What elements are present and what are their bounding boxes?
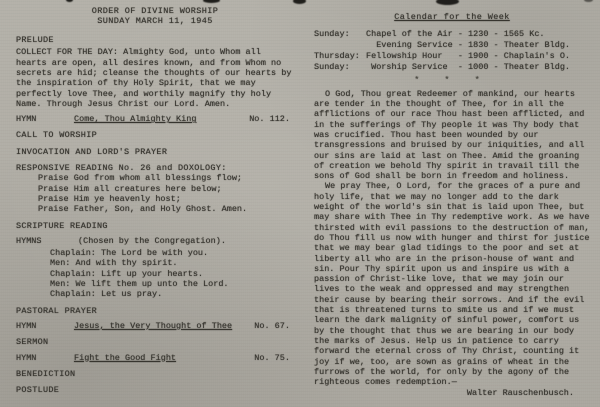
service-line: Men: We lift them up unto the Lord. xyxy=(16,279,294,289)
prayer-paragraph: O God, Thou great Redeemer of mankind, o… xyxy=(314,89,590,182)
calendar-event: Chapel of the Air - 1230 - 1565 Kc. xyxy=(366,29,545,40)
ink-mark xyxy=(203,0,220,3)
hymn-title: Jesus, the Very Thought of Thee xyxy=(74,321,232,331)
calendar-table: Sunday:Chapel of the Air - 1230 - 1565 K… xyxy=(314,29,590,72)
hymn-number: No. 75. xyxy=(254,353,294,363)
service-heading: SERMON xyxy=(16,337,294,347)
document-page: ORDER OF DIVINE WORSHIP SUNDAY MARCH 11,… xyxy=(0,0,600,407)
prayer-text: O God, Thou great Redeemer of mankind, o… xyxy=(314,89,590,388)
service-line: Chaplain: Let us pray. xyxy=(16,289,294,299)
calendar-event: Fellowship Hour - 1900 - Chaplain's O. xyxy=(366,51,570,62)
calendar-row: Evening Service - 1830 - Theater Bldg. xyxy=(314,40,590,51)
service-heading: POSTLUDE xyxy=(16,385,294,395)
service-line: COLLECT FOR THE DAY: Almighty God, unto … xyxy=(16,47,294,109)
prayer-paragraph: We pray Thee, O Lord, for the graces of … xyxy=(314,181,590,387)
calendar-day: Sunday: xyxy=(314,62,366,73)
calendar-event: Evening Service - 1830 - Theater Bldg. xyxy=(366,40,570,51)
service-heading: INVOCATION AND LORD'S PRAYER xyxy=(16,147,294,157)
calendar-title: Calendar for the Week xyxy=(314,12,590,22)
calendar-row: Thursday:Fellowship Hour - 1900 - Chapla… xyxy=(314,51,590,62)
service-line: Praise Him all creatures here below; xyxy=(16,184,294,194)
service-line: Men: And with thy spirit. xyxy=(16,258,294,268)
service-line: Praise God from whom all blessings flow; xyxy=(16,173,294,183)
calendar-column: Calendar for the Week Sunday:Chapel of t… xyxy=(314,12,590,398)
hymn-number: No. 67. xyxy=(254,321,294,331)
order-of-worship-list: PRELUDECOLLECT FOR THE DAY: Almighty God… xyxy=(16,35,294,396)
hymn-title: Fight the Good Fight xyxy=(74,353,176,363)
hymn-row: HYMNS(Chosen by the Congregation). xyxy=(16,236,294,246)
hymn-title: Come, Thou Almighty King xyxy=(74,114,196,124)
hymn-row: HYMNCome, Thou Almighty KingNo. 112. xyxy=(16,114,294,124)
calendar-row: Sunday: Worship Service - 1000 - Theater… xyxy=(314,62,590,73)
ink-mark xyxy=(66,0,73,2)
calendar-row: Sunday:Chapel of the Air - 1230 - 1565 K… xyxy=(314,29,590,40)
service-line: Praise Him ye heavenly host; xyxy=(16,194,294,204)
hymn-label: HYMN xyxy=(16,321,60,331)
calendar-day xyxy=(314,40,366,51)
hymn-title: (Chosen by the Congregation). xyxy=(78,236,226,246)
ink-mark xyxy=(436,0,459,5)
calendar-event: Worship Service - 1000 - Theater Bldg. xyxy=(366,62,570,73)
service-line: Praise Father, Son, and Holy Ghost. Amen… xyxy=(16,204,294,214)
order-of-worship-column: ORDER OF DIVINE WORSHIP SUNDAY MARCH 11,… xyxy=(16,6,294,395)
hymn-row: HYMNFight the Good FightNo. 75. xyxy=(16,353,294,363)
title-line-2: SUNDAY MARCH 11, 1945 xyxy=(16,16,294,26)
hymn-label: HYMN xyxy=(16,114,60,124)
ink-mark xyxy=(584,0,593,2)
calendar-day: Thursday: xyxy=(314,51,366,62)
hymn-label: HYMNS xyxy=(16,236,60,246)
service-heading: PRELUDE xyxy=(16,35,294,45)
section-separator: * * * xyxy=(314,75,590,85)
prayer-attribution: Walter Rauschenbusch. xyxy=(314,388,590,398)
calendar-day: Sunday: xyxy=(314,29,366,40)
service-heading: PASTORAL PRAYER xyxy=(16,306,294,316)
service-line: Chaplain: Lift up your hearts. xyxy=(16,269,294,279)
title-line-1: ORDER OF DIVINE WORSHIP xyxy=(16,6,294,16)
service-heading: SCRIPTURE READING xyxy=(16,221,294,231)
ink-mark xyxy=(293,0,306,4)
page-title: ORDER OF DIVINE WORSHIP SUNDAY MARCH 11,… xyxy=(16,6,294,27)
hymn-label: HYMN xyxy=(16,353,60,363)
service-heading: RESPONSIVE READING No. 26 and DOXOLOGY: xyxy=(16,163,294,173)
hymn-row: HYMNJesus, the Very Thought of TheeNo. 6… xyxy=(16,321,294,331)
hymn-number: No. 112. xyxy=(249,114,294,124)
service-line: Chaplain: The Lord be with you. xyxy=(16,248,294,258)
service-heading: CALL TO WORSHIP xyxy=(16,130,294,140)
service-heading: BENEDICTION xyxy=(16,369,294,379)
